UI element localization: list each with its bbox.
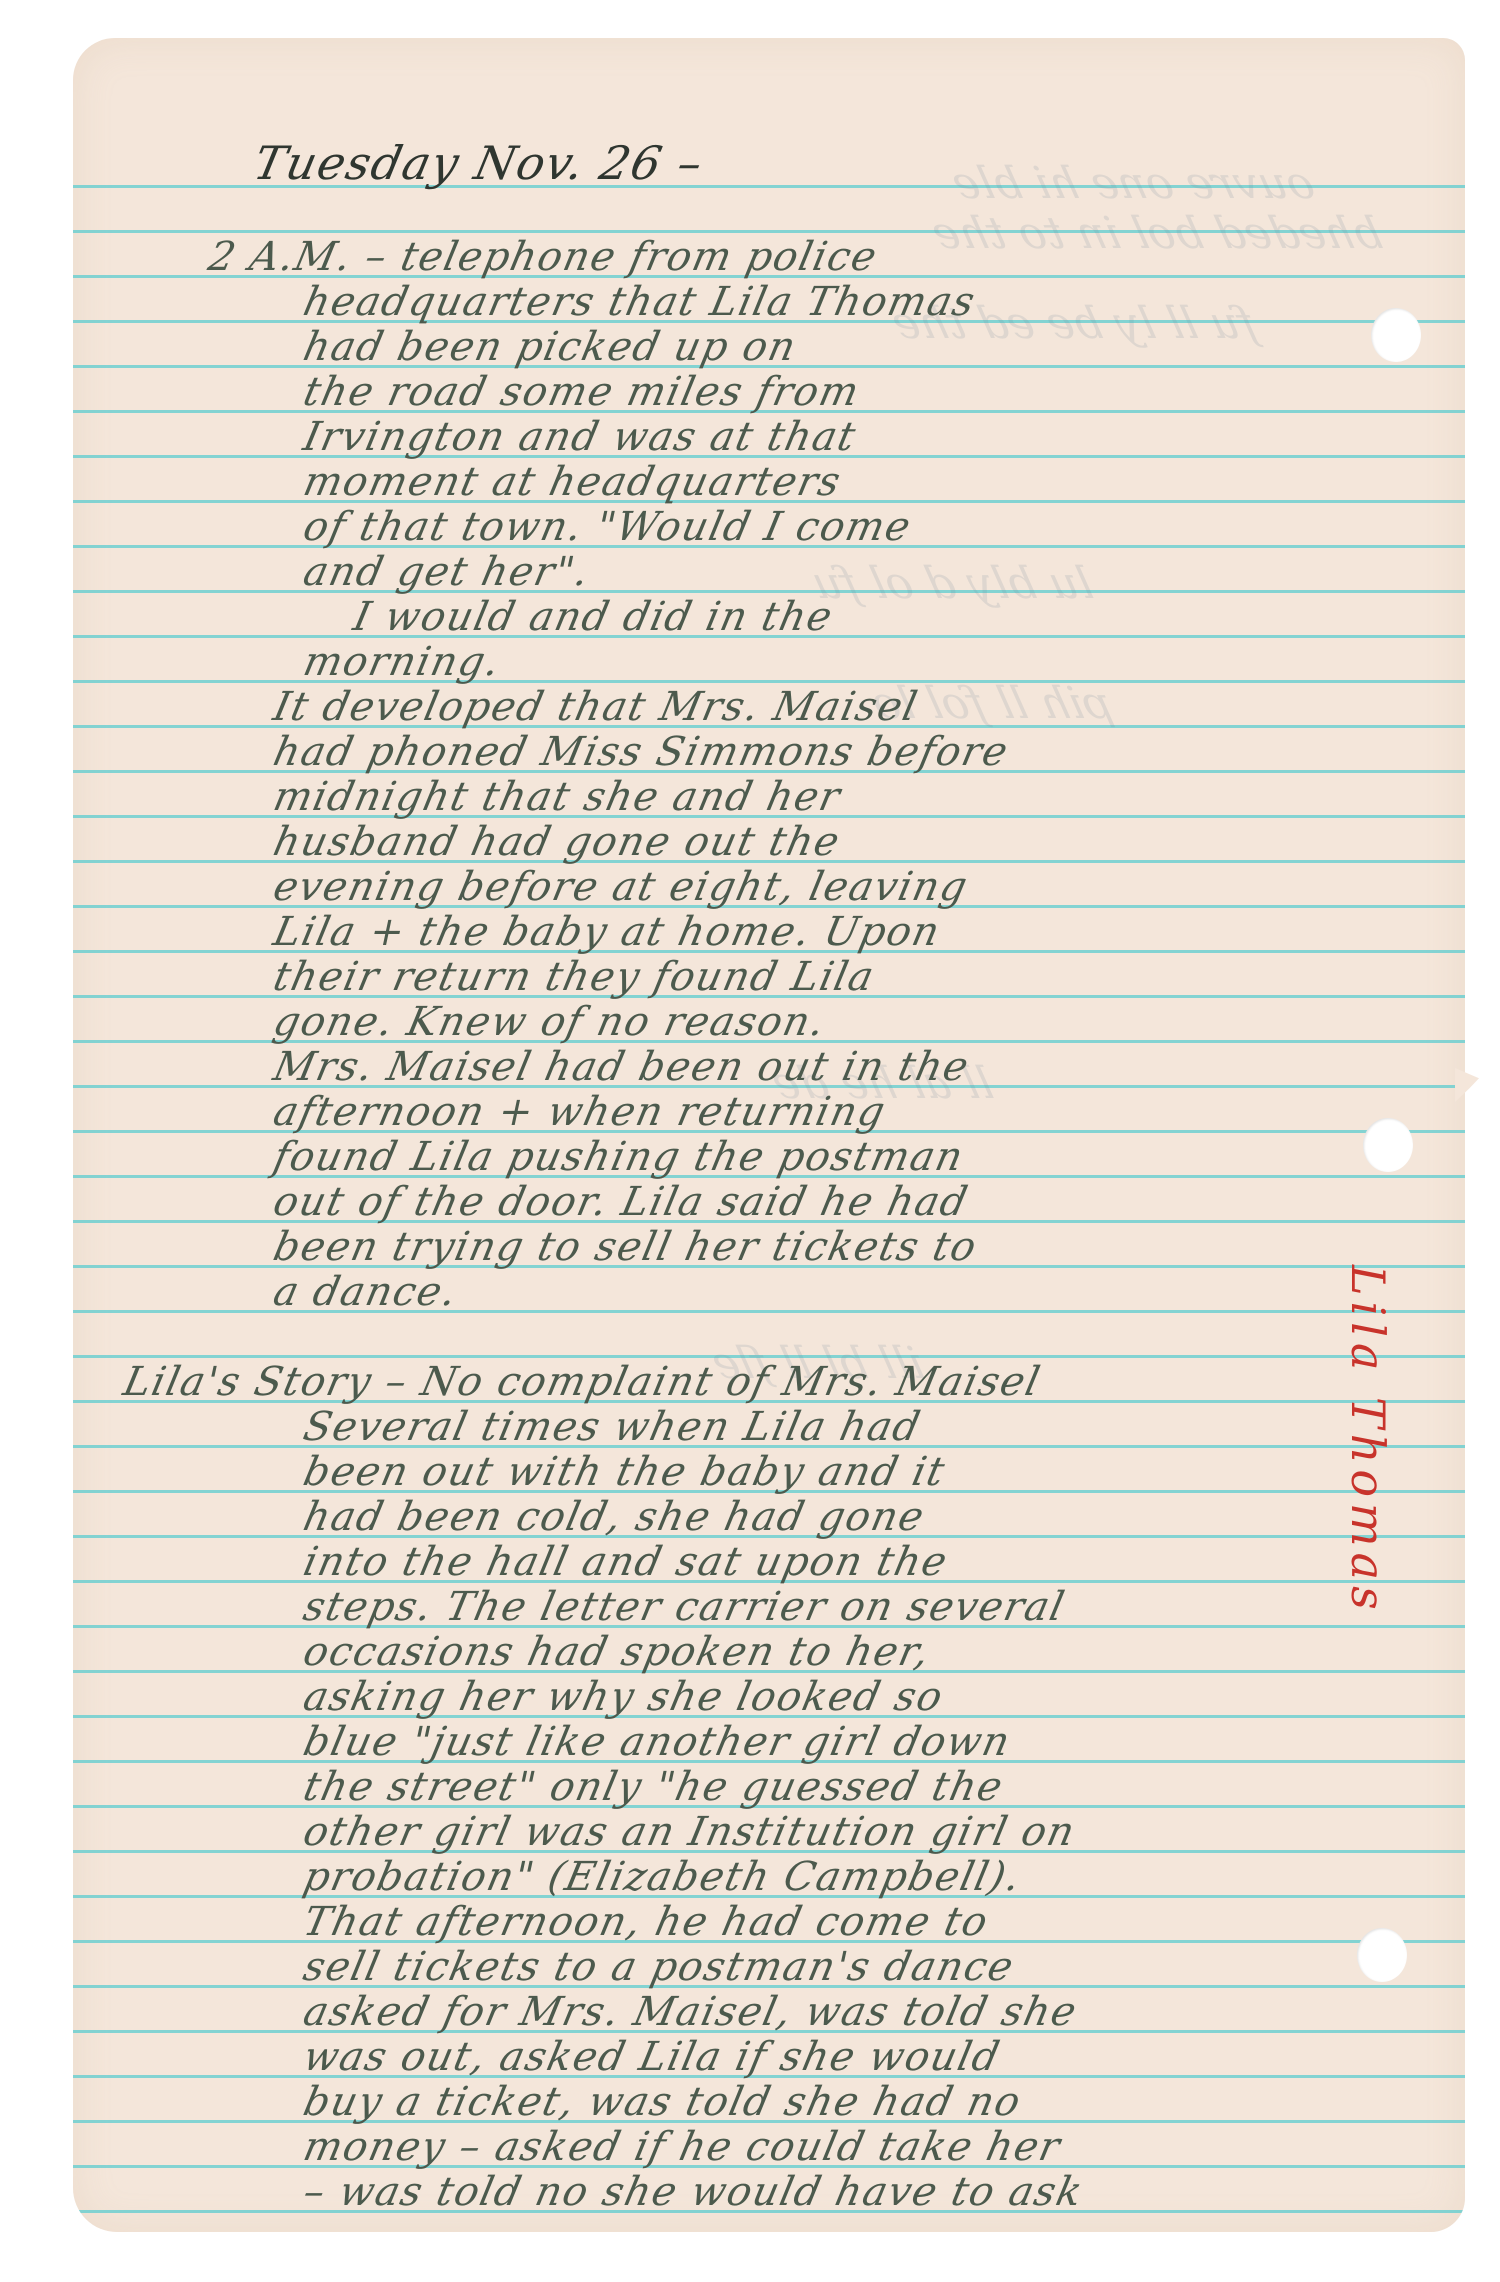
handwritten-line: occasions had spoken to her,: [300, 1632, 934, 1672]
handwritten-line: was out, asked Lila if she would: [300, 2037, 1004, 2077]
handwritten-line: Lila's Story – No complaint of Mrs. Mais…: [120, 1362, 1044, 1402]
handwritten-line: midnight that she and her: [270, 777, 845, 817]
handwritten-line: out of the door. Lila said he had: [270, 1182, 972, 1222]
handwritten-line: Mrs. Maisel had been out in the: [270, 1047, 973, 1087]
handwritten-line: afternoon + when returning: [270, 1092, 889, 1132]
handwritten-line: Several times when Lila had: [300, 1407, 925, 1447]
handwritten-line: the road some miles from: [300, 372, 863, 412]
handwritten-line: morning.: [300, 642, 504, 682]
rule-line: [73, 680, 1465, 683]
handwritten-line: of that town. "Would I come: [300, 507, 915, 547]
torn-edge: [1455, 1068, 1479, 1102]
handwritten-line: had been picked up on: [300, 327, 800, 367]
date-heading: Tuesday Nov. 26 –: [250, 140, 708, 186]
handwritten-line: the street" only "he guessed the: [300, 1767, 1007, 1807]
handwritten-line: into the hall and sat upon the: [300, 1542, 952, 1582]
handwritten-line: It developed that Mrs. Maisel: [270, 687, 922, 727]
rule-line: [73, 1355, 1465, 1358]
binder-hole-bottom: [1357, 1928, 1407, 1982]
handwritten-line: gone. Knew of no reason.: [270, 1002, 829, 1042]
handwritten-line: headquarters that Lila Thomas: [300, 282, 979, 322]
handwritten-line: sell tickets to a postman's dance: [300, 1947, 1018, 1987]
handwritten-line: a dance.: [270, 1272, 461, 1312]
handwritten-line: moment at headquarters: [300, 462, 845, 502]
handwritten-line: had been cold, she had gone: [300, 1497, 928, 1537]
handwritten-line: – was told no she would have to ask: [300, 2172, 1087, 2212]
handwritten-line: steps. The letter carrier on several: [300, 1587, 1069, 1627]
handwritten-line: That afternoon, he had come to: [300, 1902, 992, 1942]
binder-hole-top: [1371, 308, 1421, 362]
handwritten-line: other girl was an Institution girl on: [300, 1812, 1079, 1852]
handwritten-line: had phoned Miss Simmons before: [270, 732, 1012, 772]
rule-line: [73, 590, 1465, 593]
handwritten-line: I would and did in the: [350, 597, 837, 637]
handwritten-line: buy a ticket, was told she had no: [300, 2082, 1025, 2122]
handwritten-line: blue "just like another girl down: [300, 1722, 1014, 1762]
handwritten-line: been trying to sell her tickets to: [270, 1227, 981, 1267]
handwritten-line: asking her why she looked so: [300, 1677, 947, 1717]
handwritten-line: been out with the baby and it: [300, 1452, 949, 1492]
handwritten-line: 2 A.M. – telephone from police: [205, 237, 881, 277]
rule-line: [73, 230, 1465, 233]
binder-hole-middle: [1363, 1118, 1413, 1172]
handwritten-line: Lila + the baby at home. Upon: [270, 912, 944, 952]
handwritten-line: husband had gone out the: [270, 822, 844, 862]
handwritten-line: Irvington and was at that: [300, 417, 860, 457]
handwritten-line: asked for Mrs. Maisel, was told she: [300, 1992, 1081, 2032]
handwritten-line: evening before at eight, leaving: [270, 867, 972, 907]
handwritten-line: money – asked if he could take her: [300, 2127, 1065, 2167]
handwritten-line: their return they found Lila: [270, 957, 878, 997]
handwritten-line: found Lila pushing the postman: [270, 1137, 968, 1177]
margin-annotation-red: Lila Thomas: [1341, 1265, 1395, 1616]
handwritten-line: and get her".: [300, 552, 594, 592]
handwritten-line: probation" (Elizabeth Campbell).: [300, 1857, 1025, 1897]
